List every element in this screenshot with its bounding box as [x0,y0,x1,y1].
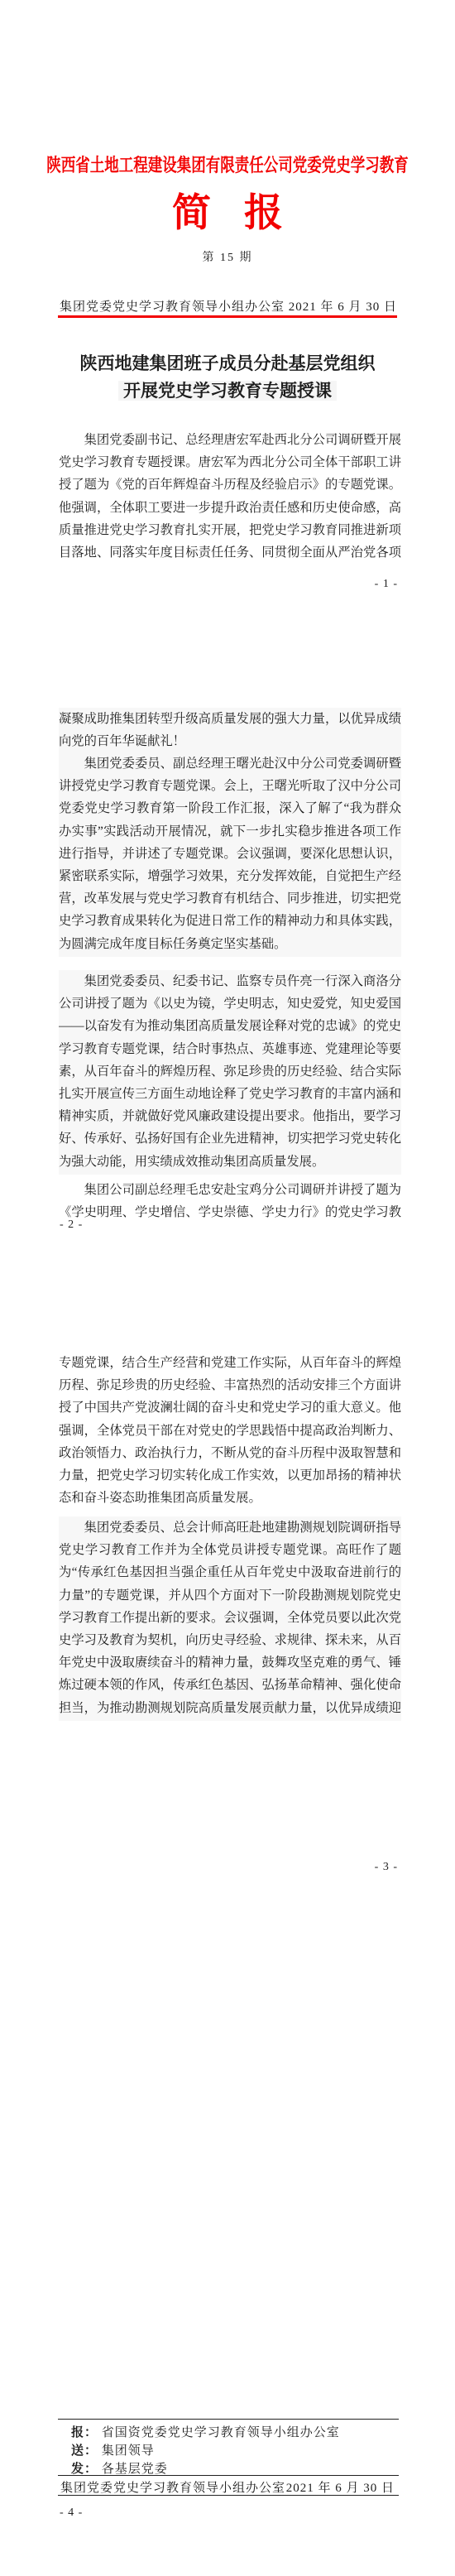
send-to: 集团领导 [102,2444,155,2458]
distribution-send-row: 送： 集团领导 [71,2442,399,2460]
send-label: 送： [71,2444,98,2458]
masthead-red-rule [58,315,397,318]
paragraph-3: 集团党委委员、纪委书记、监察专员仵亮一行深入商洛分公司讲授了题为《以史为镜，学史… [59,970,401,1175]
masthead-org-title: 陕西省土地工程建设集团有限责任公司党委党史学习教育 [0,154,455,175]
paragraph-4-part2: 专题党课，结合生产经营和党建工作实际，从百年奋斗的辉煌历程、弥足珍贵的历史经验、… [59,1352,401,1511]
article-title-line1: 陕西地建集团班子成员分赴基层党组织 [0,350,455,377]
issue-number: 第 15 期 [0,248,455,265]
issue-to: 各基层党委 [102,2463,168,2476]
article-title-line2: 开展党史学习教育专题授课 [0,377,455,405]
footer-rule-middle [58,2475,399,2476]
paragraph-5: 集团党委委员、总会计师高旺赴地建勘测规划院调研指导党史学习教育工作并为全体党员讲… [59,1516,401,1721]
footer-office: 集团党委党史学习教育领导小组办公室 [60,2478,285,2496]
paragraph-1-part1: 集团党委副书记、总经理唐宏军赴西北分公司调研暨开展党史学习教育专题授课。唐宏军为… [59,429,401,565]
page-number-2: - 2 - [60,1218,399,1232]
footer-office-row: 集团党委党史学习教育领导小组办公室 2021 年 6 月 30 日 [60,2478,395,2496]
footer-date: 2021 年 6 月 30 日 [286,2478,395,2496]
publication-row: 集团党委党史学习教育领导小组办公室 2021 年 6 月 30 日 [60,297,397,315]
bulletin-char-jian: 简 [172,190,211,237]
page-number-4: - 4 - [60,2506,399,2520]
article-title-line2-text: 开展党史学习教育专题授课 [118,381,337,401]
distribution-report-row: 报： 省国资党委党史学习教育领导小组办公室 [71,2424,399,2442]
paragraph-2: 集团党委委员、副总经理王曙光赴汉中分公司党委调研暨讲授党史学习教育专题党课。会上… [59,752,401,957]
footer-rule-top [58,2419,399,2420]
page-number-3: - 3 - [59,1861,398,1874]
publication-date: 2021 年 6 月 30 日 [289,297,397,315]
paragraph-1-part2: 凝聚成助推集团转型升级高质量发展的强大力量，以优异成绩向党的百年华诞献礼！ [59,708,401,754]
issuing-office: 集团党委党史学习教育领导小组办公室 [60,297,285,315]
footer-rule-bottom [58,2495,399,2496]
report-label: 报： [71,2426,98,2439]
issue-label: 发： [71,2463,98,2476]
bulletin-char-bao: 报 [244,190,283,237]
bulletin-document: 陕西省土地工程建设集团有限责任公司党委党史学习教育 简 报 第 15 期 集团党… [0,0,455,2576]
bulletin-title: 简 报 [0,190,455,237]
page-number-1: - 1 - [59,578,398,591]
masthead-org-title-text: 陕西省土地工程建设集团有限责任公司党委党史学习教育 [46,151,409,178]
report-to: 省国资党委党史学习教育领导小组办公室 [102,2426,340,2439]
